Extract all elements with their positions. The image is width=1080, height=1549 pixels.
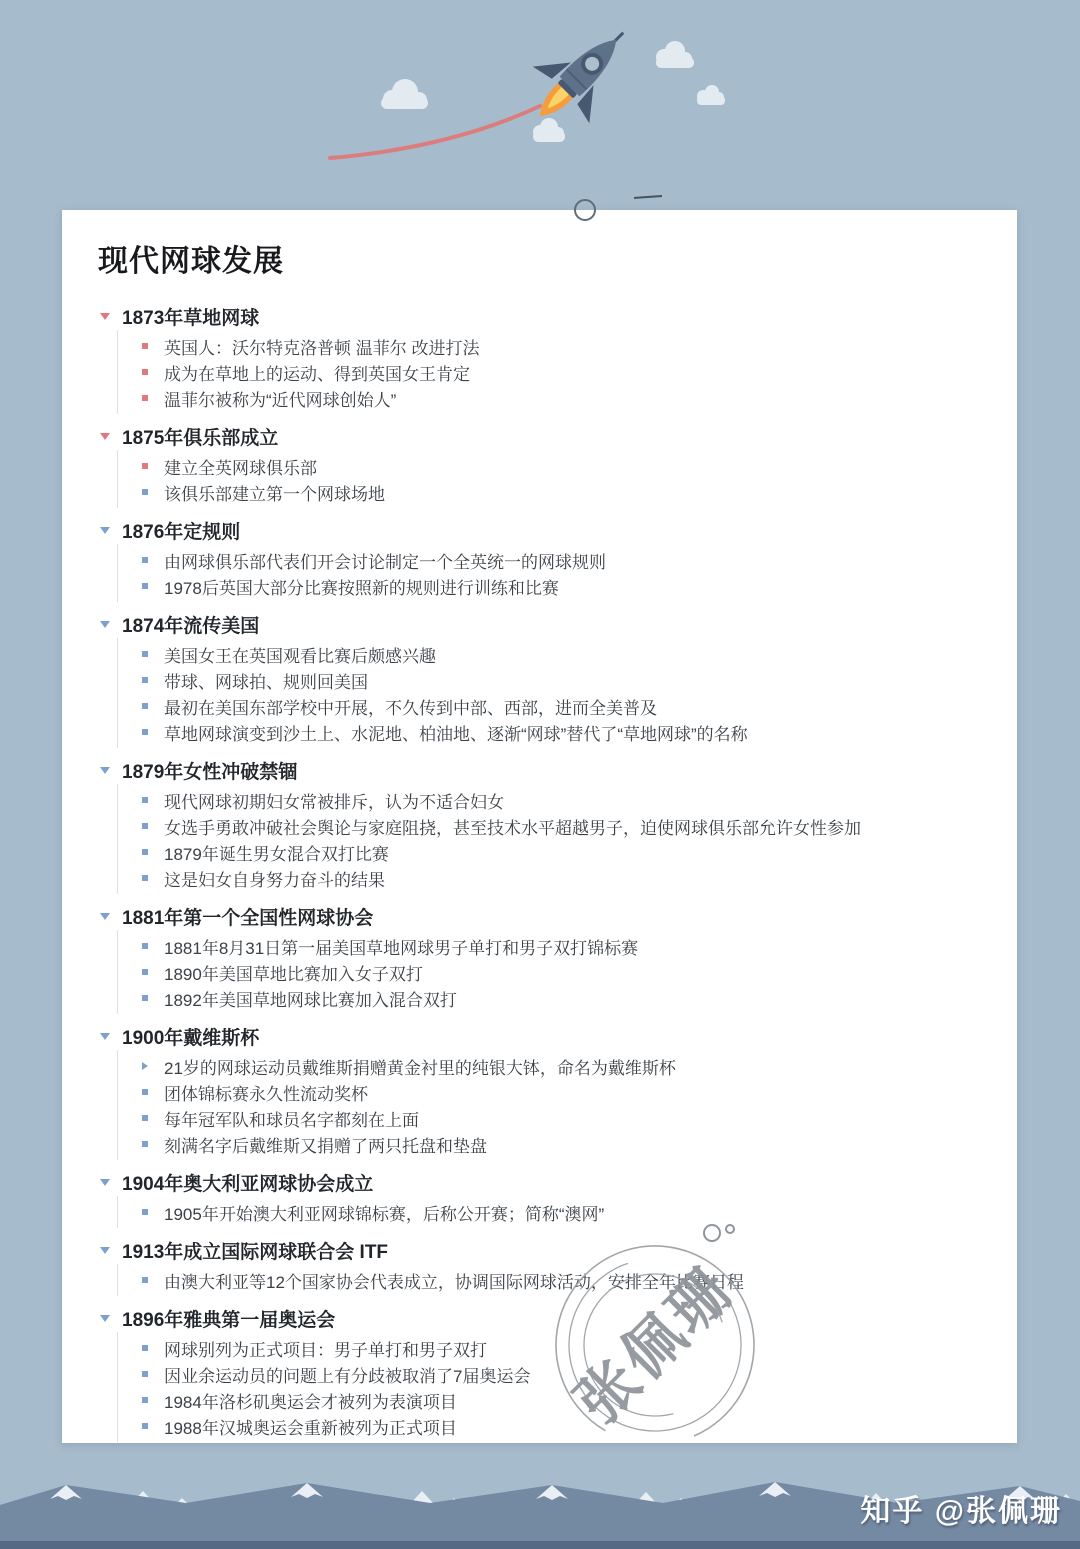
item-text: 建立全英网球俱乐部 [164,454,317,479]
outline-item[interactable]: 英国人：沃尔特克洛普顿 温菲尔 改进打法 [118,333,1017,359]
outline-item[interactable]: 现代网球初期妇女常被排斥，认为不适合妇女 [118,787,1017,813]
expand-arrow-icon[interactable] [142,1062,148,1070]
collapse-triangle-icon[interactable] [100,913,110,920]
bullet-square-icon[interactable] [142,369,148,375]
section-title: 1896年雅典第一届奥运会 [122,1305,335,1332]
bullet-square-icon[interactable] [142,677,148,683]
outline-item[interactable]: 成为在草地上的运动、得到英国女王肯定 [118,359,1017,385]
section-header[interactable]: 1879年女性冲破禁锢 [62,756,1017,784]
item-text: 带球、网球拍、规则回美国 [164,668,368,693]
item-text: 美国女王在英国观看比赛后颇感兴趣 [164,642,436,667]
bullet-square-icon[interactable] [142,557,148,563]
bullet-square-icon[interactable] [142,1397,148,1403]
bullet-square-icon[interactable] [142,1209,148,1215]
bullet-square-icon[interactable] [142,849,148,855]
rocket-icon [512,4,652,144]
bullet-square-icon[interactable] [142,797,148,803]
item-text: 该俱乐部建立第一个网球场地 [164,480,385,505]
outline-section: 1875年俱乐部成立建立全英网球俱乐部该俱乐部建立第一个网球场地 [62,422,1017,508]
section-header[interactable]: 1876年定规则 [62,516,1017,544]
collapse-triangle-icon[interactable] [100,433,110,440]
item-text: 女选手勇敢冲破社会舆论与家庭阻挠，甚至技术水平超越男子，迫使网球俱乐部允许女性参… [164,814,861,839]
cloud-icon [533,118,565,142]
outline-item[interactable]: 带球、网球拍、规则回美国 [118,667,1017,693]
bullet-square-icon[interactable] [142,583,148,589]
item-text: 刻满名字后戴维斯又捐赠了两只托盘和垫盘 [164,1132,487,1157]
outline-section: 1879年女性冲破禁锢现代网球初期妇女常被排斥，认为不适合妇女女选手勇敢冲破社会… [62,756,1017,894]
outline-item[interactable]: 1879年诞生男女混合双打比赛 [118,839,1017,865]
collapse-triangle-icon[interactable] [100,313,110,320]
section-title: 1873年草地网球 [122,303,259,330]
bullet-square-icon[interactable] [142,1371,148,1377]
outline-item[interactable]: 1881年8月31日第一届美国草地网球男子单打和男子双打锦标赛 [118,933,1017,959]
section-header[interactable]: 1900年戴维斯杯 [62,1022,1017,1050]
section-header[interactable]: 1873年草地网球 [62,302,1017,330]
section-items: 建立全英网球俱乐部该俱乐部建立第一个网球场地 [117,450,1017,508]
section-title: 1904年奥大利亚网球协会成立 [122,1169,373,1196]
bullet-square-icon[interactable] [142,1423,148,1429]
decorative-circle [726,1225,734,1233]
outline-item[interactable]: 该俱乐部建立第一个网球场地 [118,479,1017,505]
section-header[interactable]: 1881年第一个全国性网球协会 [62,902,1017,930]
section-title: 1881年第一个全国性网球协会 [122,903,373,930]
item-text: 1892年美国草地网球比赛加入混合双打 [164,986,457,1011]
item-text: 1890年美国草地比赛加入女子双打 [164,960,423,985]
bullet-square-icon[interactable] [142,1277,148,1283]
item-text: 成为在草地上的运动、得到英国女王肯定 [164,360,470,385]
outline-item[interactable]: 美国女王在英国观看比赛后颇感兴趣 [118,641,1017,667]
footer-watermark: 知乎 @张佩珊 [860,1486,1062,1530]
section-title: 1900年戴维斯杯 [122,1023,259,1050]
outline-item[interactable]: 草地网球演变到沙土上、水泥地、柏油地、逐渐“网球”替代了“草地网球”的名称 [118,719,1017,745]
bullet-square-icon[interactable] [142,651,148,657]
item-text: 1881年8月31日第一届美国草地网球男子单打和男子双打锦标赛 [164,934,638,959]
outline-item[interactable]: 1978后英国大部分比赛按照新的规则进行训练和比赛 [118,573,1017,599]
bullet-square-icon[interactable] [142,703,148,709]
item-text: 这是妇女自身努力奋斗的结果 [164,866,385,891]
item-text: 因业余运动员的问题上有分歧被取消了7届奥运会 [164,1362,530,1387]
item-text: 1879年诞生男女混合双打比赛 [164,840,389,865]
outline-item[interactable]: 21岁的网球运动员戴维斯捐赠黄金衬里的纯银大钵，命名为戴维斯杯 [118,1053,1017,1079]
item-text: 21岁的网球运动员戴维斯捐赠黄金衬里的纯银大钵，命名为戴维斯杯 [164,1054,676,1079]
outline-section: 1876年定规则由网球俱乐部代表们开会讨论制定一个全英统一的网球规则1978后英… [62,516,1017,602]
bullet-square-icon[interactable] [142,875,148,881]
section-items: 1881年8月31日第一届美国草地网球男子单打和男子双打锦标赛1890年美国草地… [117,930,1017,1014]
section-title: 1879年女性冲破禁锢 [122,757,297,784]
section-header[interactable]: 1874年流传美国 [62,610,1017,638]
collapse-triangle-icon[interactable] [100,621,110,628]
stamp-text: 张佩珊 [563,1253,746,1436]
outline-item[interactable]: 女选手勇敢冲破社会舆论与家庭阻挠，甚至技术水平超越男子，迫使网球俱乐部允许女性参… [118,813,1017,839]
bullet-square-icon[interactable] [142,943,148,949]
decorative-circle [704,1225,720,1241]
item-text: 草地网球演变到沙土上、水泥地、柏油地、逐渐“网球”替代了“草地网球”的名称 [164,720,748,745]
item-text: 英国人：沃尔特克洛普顿 温菲尔 改进打法 [164,334,479,359]
bullet-square-icon[interactable] [142,729,148,735]
section-items: 21岁的网球运动员戴维斯捐赠黄金衬里的纯银大钵，命名为戴维斯杯团体锦标赛永久性流… [117,1050,1017,1160]
collapse-triangle-icon[interactable] [100,1179,110,1186]
section-items: 英国人：沃尔特克洛普顿 温菲尔 改进打法成为在草地上的运动、得到英国女王肯定温菲… [117,330,1017,414]
cloud-icon [381,79,428,109]
item-text: 1978后英国大部分比赛按照新的规则进行训练和比赛 [164,574,559,599]
item-text: 温菲尔被称为“近代网球创始人” [164,386,396,411]
bullet-square-icon[interactable] [142,489,148,495]
outline-item[interactable]: 最初在美国东部学校中开展，不久传到中部、西部，进而全美普及 [118,693,1017,719]
bullet-square-icon[interactable] [142,995,148,1001]
bullet-square-icon[interactable] [142,1141,148,1147]
section-title: 1876年定规则 [122,517,240,544]
item-text: 1984年洛杉矶奥运会才被列为表演项目 [164,1388,457,1413]
outline-item[interactable]: 每年冠军队和球员名字都刻在上面 [118,1105,1017,1131]
bullet-square-icon[interactable] [142,1345,148,1351]
section-title: 1875年俱乐部成立 [122,423,278,450]
outline-section: 1873年草地网球英国人：沃尔特克洛普顿 温菲尔 改进打法成为在草地上的运动、得… [62,302,1017,414]
item-text: 团体锦标赛永久性流动奖杯 [164,1080,368,1105]
section-items: 美国女王在英国观看比赛后颇感兴趣带球、网球拍、规则回美国最初在美国东部学校中开展… [117,638,1017,748]
section-header[interactable]: 1904年奥大利亚网球协会成立 [62,1168,1017,1196]
item-text: 1988年汉城奥运会重新被列为正式项目 [164,1414,457,1439]
outline-section: 1900年戴维斯杯21岁的网球运动员戴维斯捐赠黄金衬里的纯银大钵，命名为戴维斯杯… [62,1022,1017,1160]
item-text: 1905年开始澳大利亚网球锦标赛，后称公开赛；简称“澳网” [164,1200,604,1225]
bullet-square-icon[interactable] [142,463,148,469]
section-items: 由网球俱乐部代表们开会讨论制定一个全英统一的网球规则1978后英国大部分比赛按照… [117,544,1017,602]
item-text: 网球别列为正式项目：男子单打和男子双打 [164,1336,487,1361]
outline-item[interactable]: 1892年美国草地网球比赛加入混合双打 [118,985,1017,1011]
cloud-icon [697,85,725,105]
outline-section: 1874年流传美国美国女王在英国观看比赛后颇感兴趣带球、网球拍、规则回美国最初在… [62,610,1017,748]
outline-section: 1881年第一个全国性网球协会1881年8月31日第一届美国草地网球男子单打和男… [62,902,1017,1014]
section-title: 1913年成立国际网球联合会 ITF [122,1237,388,1264]
outline-item[interactable]: 由网球俱乐部代表们开会讨论制定一个全英统一的网球规则 [118,547,1017,573]
sky-illustration [0,0,1080,210]
bullet-square-icon[interactable] [142,395,148,401]
stamp-watermark: 张佩珊 [540,1218,770,1468]
decorative-circle [574,199,596,221]
section-items: 现代网球初期妇女常被排斥，认为不适合妇女女选手勇敢冲破社会舆论与家庭阻挠，甚至技… [117,784,1017,894]
bullet-square-icon[interactable] [142,1089,148,1095]
bullet-square-icon[interactable] [142,343,148,349]
rocket-trail [330,106,540,158]
collapse-triangle-icon[interactable] [100,1315,110,1322]
item-text: 由网球俱乐部代表们开会讨论制定一个全英统一的网球规则 [164,548,606,573]
item-text: 现代网球初期妇女常被排斥，认为不适合妇女 [164,788,504,813]
collapse-triangle-icon[interactable] [100,527,110,534]
outline-item[interactable]: 温菲尔被称为“近代网球创始人” [118,385,1017,411]
item-text: 最初在美国东部学校中开展，不久传到中部、西部，进而全美普及 [164,694,657,719]
page-title: 现代网球发展 [98,236,1017,280]
outline-item[interactable]: 这是妇女自身努力奋斗的结果 [118,865,1017,891]
item-text: 每年冠军队和球员名字都刻在上面 [164,1106,419,1131]
section-title: 1874年流传美国 [122,611,259,638]
section-header[interactable]: 1875年俱乐部成立 [62,422,1017,450]
outline-item[interactable]: 1890年美国草地比赛加入女子双打 [118,959,1017,985]
cloud-icon [656,41,694,68]
bullet-square-icon[interactable] [142,1115,148,1121]
outline-item[interactable]: 刻满名字后戴维斯又捐赠了两只托盘和垫盘 [118,1131,1017,1157]
bullet-square-icon[interactable] [142,969,148,975]
outline-item[interactable]: 团体锦标赛永久性流动奖杯 [118,1079,1017,1105]
collapse-triangle-icon[interactable] [100,1247,110,1254]
collapse-triangle-icon[interactable] [100,1033,110,1040]
collapse-triangle-icon[interactable] [100,767,110,774]
bullet-square-icon[interactable] [142,823,148,829]
outline-item[interactable]: 建立全英网球俱乐部 [118,453,1017,479]
